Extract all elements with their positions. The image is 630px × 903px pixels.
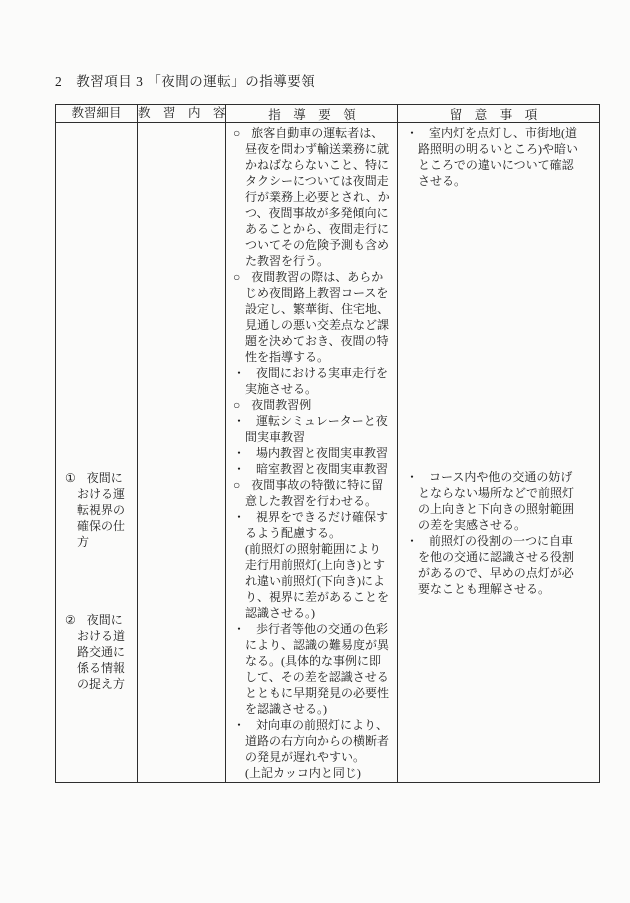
guidance-item: ・運転シミュレーターと夜間実車教習 (233, 413, 391, 445)
item-marker: ・ (233, 462, 245, 476)
guidance-table: 教習細目 教 習 内 容 指 導 要 領 留 意 事 項 ①夜間における運転視界… (55, 104, 600, 783)
item-marker: ・ (406, 470, 418, 484)
guidance-item: ・視界をできるだけ確保するよう配慮する。 (233, 509, 391, 541)
item-text: 前照灯の役割の一つに自車を他の交通に認識させる役割があるので、早めの点灯が必要な… (418, 534, 574, 596)
item-marker: ・ (233, 366, 245, 380)
item-marker: ・ (233, 622, 245, 636)
table-body-row: ①夜間における運転視界の確保の仕方 ②夜間における道路交通に係る情報の捉え方 ○… (56, 123, 599, 782)
item-marker: ○ (233, 398, 240, 412)
column-header-notes: 留 意 事 項 (398, 105, 599, 123)
detail-item: ①夜間における運転視界の確保の仕方 (65, 470, 131, 550)
column-detail: ①夜間における運転視界の確保の仕方 ②夜間における道路交通に係る情報の捉え方 (56, 123, 138, 782)
item-text: 旅客自動車の運転者は、昼夜を問わず輸送業務に就かねばならないこと、特にタクシーに… (245, 126, 390, 268)
page-title: 2 教習項目 3 「夜間の運転」の指導要領 (55, 70, 315, 90)
item-text: (前照灯の照射範囲により走行用前照灯(上向き)とすれ違い前照灯(下向き)により、… (245, 542, 389, 620)
column-header-detail: 教習細目 (56, 105, 138, 123)
column-guidance: ○旅客自動車の運転者は、昼夜を問わず輸送業務に就かねばならないこと、特にタクシー… (226, 123, 398, 782)
item-text: 対向車の前照灯により、道路の右方向からの横断者の発見が遅れやすい。 (245, 718, 389, 764)
item-marker: ・ (406, 126, 418, 140)
item-marker: ○ (233, 478, 240, 492)
notes-group-2: ・コース内や他の交通の妨げとならない場所などで前照灯の上向きと下向きの照射範囲の… (406, 469, 581, 597)
notes-group-1: ・室内灯を点灯し、市街地(道路照明の明るいところ)や暗いところでの違いについて確… (406, 125, 581, 189)
item-text: 夜間における運転視界の確保の仕方 (77, 471, 125, 549)
guidance-item: ・場内教習と夜間実車教習 (233, 445, 391, 461)
item-text: 夜間事故の特徴に特に留意した教習を行わせる。 (245, 478, 383, 508)
item-marker: ・ (406, 534, 418, 548)
item-number: ① (65, 471, 76, 485)
note-item: ・室内灯を点灯し、市街地(道路照明の明るいところ)や暗いところでの違いについて確… (406, 125, 581, 189)
item-marker: ・ (233, 446, 245, 460)
item-text: 暗室教習と夜間実車教習 (256, 462, 388, 476)
detail-item: ②夜間における道路交通に係る情報の捉え方 (65, 612, 131, 692)
guidance-item: (前照灯の照射範囲により走行用前照灯(上向き)とすれ違い前照灯(下向き)により、… (233, 541, 391, 621)
item-text: 夜間教習例 (251, 398, 311, 412)
guidance-item: ・夜間における実車走行を実施させる。 (233, 365, 391, 397)
item-marker: ・ (233, 718, 245, 732)
note-item: ・前照灯の役割の一つに自車を他の交通に認識させる役割があるので、早めの点灯が必要… (406, 533, 581, 597)
table-header-row: 教習細目 教 習 内 容 指 導 要 領 留 意 事 項 (56, 105, 599, 123)
item-marker: ○ (233, 270, 240, 284)
guidance-item: ・暗室教習と夜間実車教習 (233, 461, 391, 477)
item-marker: ○ (233, 126, 240, 140)
column-notes: ・室内灯を点灯し、市街地(道路照明の明るいところ)や暗いところでの違いについて確… (398, 123, 599, 782)
item-number: ② (65, 613, 76, 627)
guidance-item: ○旅客自動車の運転者は、昼夜を問わず輸送業務に就かねばならないこと、特にタクシー… (233, 125, 391, 269)
column-header-guidance: 指 導 要 領 (226, 105, 398, 123)
item-text: 夜間における道路交通に係る情報の捉え方 (77, 613, 125, 691)
item-marker: ・ (233, 414, 245, 428)
item-text: コース内や他の交通の妨げとならない場所などで前照灯の上向きと下向きの照射範囲の差… (418, 470, 574, 532)
guidance-item: ・歩行者等他の交通の色彩により、認識の難易度が異なる。(具体的な事例に即して、そ… (233, 621, 391, 717)
guidance-item: (上記カッコ内と同じ) (233, 765, 391, 781)
item-text: 歩行者等他の交通の色彩により、認識の難易度が異なる。(具体的な事例に即して、その… (245, 622, 389, 716)
item-text: (上記カッコ内と同じ) (245, 766, 361, 780)
item-text: 夜間における実車走行を実施させる。 (245, 366, 388, 396)
item-marker: ・ (233, 510, 245, 524)
guidance-item: ○夜間事故の特徴に特に留意した教習を行わせる。 (233, 477, 391, 509)
guidance-item: ○夜間教習例 (233, 397, 391, 413)
guidance-item: ・対向車の前照灯により、道路の右方向からの横断者の発見が遅れやすい。 (233, 717, 391, 765)
item-text: 視界をできるだけ確保するよう配慮する。 (245, 510, 388, 540)
item-text: 運転シミュレーターと夜間実車教習 (245, 414, 388, 444)
item-text: 夜間教習の際は、あらかじめ夜間路上教習コースを設定し、繁華街、住宅地、見通しの悪… (245, 270, 389, 364)
guidance-item: ○夜間教習の際は、あらかじめ夜間路上教習コースを設定し、繁華街、住宅地、見通しの… (233, 269, 391, 365)
column-header-content: 教 習 内 容 (138, 105, 226, 123)
column-content-empty (138, 123, 226, 782)
item-text: 室内灯を点灯し、市街地(道路照明の明るいところ)や暗いところでの違いについて確認… (418, 126, 578, 188)
note-item: ・コース内や他の交通の妨げとならない場所などで前照灯の上向きと下向きの照射範囲の… (406, 469, 581, 533)
item-text: 場内教習と夜間実車教習 (256, 446, 388, 460)
